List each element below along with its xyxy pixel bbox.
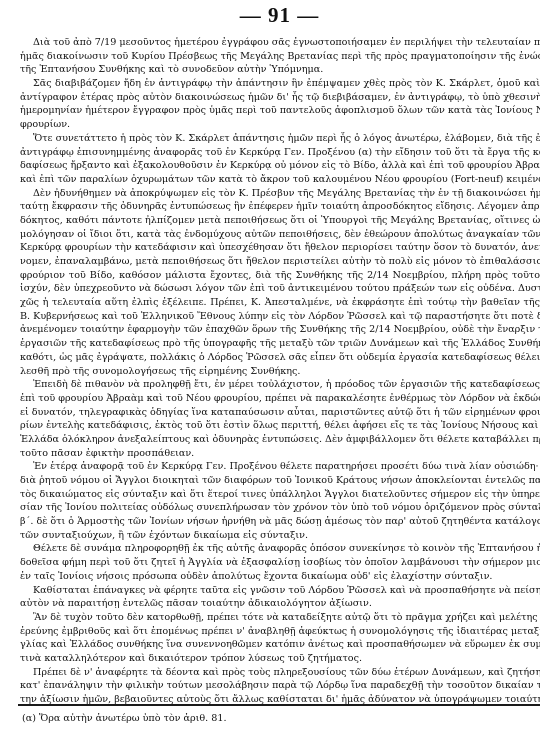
text-line: δοθεῖσα φήμη περὶ τοῦ ὅτι ζητεῖ ἡ Ἀγγλία… (20, 556, 540, 570)
text-line: κατ' ἐπανάληψιν τὴν φιλικὴν τούτων μεσολ… (20, 679, 540, 693)
paragraph: Ἐν ἑτέρᾳ ἀναφορᾷ τοῦ ἐν Κερκύρᾳ Γεν. Προ… (20, 460, 540, 542)
text-line: ἡμερομηνίαν ἡμέτερον ἔγγραφον πρὸς ὑμᾶς … (20, 104, 540, 118)
text-line: τὸς δικαιώματος εἰς σύνταξιν καὶ ὅτι ἕτε… (20, 488, 540, 502)
page-number: — 91 — (0, 3, 559, 28)
text-line: ἐρεύνης ἐμβριθοῦς καὶ ὅτι ἑπομένως πρέπε… (20, 625, 540, 639)
text-line: τῶν συνταξιούχων, ἢ τῶν ἐχόντων δικαίωμα… (20, 529, 540, 543)
paragraph: Δὲν ἠδυνήθημεν νὰ ἀποκρύψωμεν εἰς τὸν Κ.… (20, 187, 540, 379)
text-line: Δὲν ἠδυνήθημεν νὰ ἀποκρύψωμεν εἰς τὸν Κ.… (20, 187, 540, 201)
text-line: ταύτῃ ἔκφρασιν τῆς ὀδυνηρᾶς ἐντυπώσεως ἣ… (20, 200, 540, 214)
text-line: τοῦτο πᾶσαν ἐφικτὴν προσπάθειαν. (20, 447, 540, 461)
text-line: ἐπὶ τοῦ φρουρίου Ἀβραὰμ καὶ τοῦ Νέου φρο… (20, 392, 540, 406)
text-line: λεσθῆ πρὸ τῆς συνομολογήσεως τῆς εἰρημέν… (20, 365, 540, 379)
paragraph: Σᾶς διαβιβάζομεν ἤδη ἐν ἀντιγράφῳ τὴν ἀπ… (20, 77, 540, 132)
footnote-divider (18, 704, 540, 706)
text-line: Κερκύρᾳ φρουρίων τὴν κατεδάφισιν καὶ ὑπε… (20, 241, 540, 255)
text-line: χῶς ἡ τελευταία αὕτη ἐλπὶς ἐξέλειπε. Πρέ… (20, 296, 540, 310)
text-line: ἀνεμένομεν τοιαύτην ἐφαρμογὴν τῶν ἐπαχθῶ… (20, 323, 540, 337)
paragraph: Ὅτε συνετάττετο ἡ πρὸς τὸν Κ. Σκάρλετ ἀπ… (20, 132, 540, 187)
text-line: Ἐν ἑτέρᾳ ἀναφορᾷ τοῦ ἐν Κερκύρᾳ Γεν. Προ… (20, 460, 540, 474)
text-line: Πρέπει δὲ ν' ἀναφέρητε τὰ δέοντα καὶ πρὸ… (20, 666, 540, 680)
text-line: αὐτὸν νὰ παραιτήσῃ ἐντελῶς πᾶσαν τοιαύτη… (20, 597, 540, 611)
paragraph: Πρέπει δὲ ν' ἀναφέρητε τὰ δέοντα καὶ πρὸ… (20, 666, 540, 707)
text-line: μολόγησαν οἱ ἴδιοι ὅτι, κατὰ τὰς ἐνδομύχ… (20, 228, 540, 242)
body-text: Διὰ τοῦ ἀπὸ 7/19 μεσοῦντος ἡμετέρου ἐγγρ… (20, 36, 540, 707)
text-line: καθότι, ὡς μᾶς ἐγράψατε, πολλάκις ὁ Λόρδ… (20, 351, 540, 365)
text-line: τῆς Ἑπτανήσου Συνθήκης καὶ τὸ συνοδεῦον … (20, 63, 540, 77)
text-line: Ἐπειδὴ δὲ πιθανὸν νὰ προληφθῇ ἔτι, ἐν μέ… (20, 378, 540, 392)
text-line: εἰ δυνατόν, τηλεγραφικὰς ὁδηγίας ἵνα κατ… (20, 406, 540, 420)
text-line: Ἂν δὲ τυχὸν τοῦτο δὲν κατορθωθῇ, πρέπει … (20, 611, 540, 625)
text-line: φρουρίων. (20, 118, 540, 132)
text-line: ρίων ἐντελὴς κατεδάφισις, ἐκτὸς τοῦ ὅτι … (20, 419, 540, 433)
text-line: δόκητος, καθότι πάντοτε ἠλπίζομεν μετὰ π… (20, 214, 540, 228)
text-line: ἐργασιῶν τῆς κατεδαφίσεως πρὸ τῆς ὑπογρα… (20, 337, 540, 351)
text-line: ἰσχύν, δὲν ὑπεχρεοῦντο νὰ δώσωσι λόγον τ… (20, 282, 540, 296)
text-line: ἐν ταῖς Ἰονίοις νήσοις πρόσωπα οὐδὲν ἀπο… (20, 570, 540, 584)
text-line: Θέλετε δὲ συνάμα πληροφορηθῇ ἐκ τῆς αὐτῆ… (20, 542, 540, 556)
text-line: Ἑλλάδα ὁλόκληρον ἀνεξαλείπτους καὶ ὀδυνη… (20, 433, 540, 447)
paragraph: Καθίσταται ἐπάναγκες νὰ φέρητε ταῦτα εἰς… (20, 584, 540, 611)
text-line: ἡμᾶς διακοίνωσιν τοῦ Κυρίου Πρέσβεως τῆς… (20, 50, 540, 64)
paragraph: Ἂν δὲ τυχὸν τοῦτο δὲν κατορθωθῇ, πρέπει … (20, 611, 540, 666)
text-line: ἀντίγραφον ἑτέρας πρὸς αὐτὸν διακοινώσεω… (20, 91, 540, 105)
text-line: διὰ ῥητοῦ νόμου οἱ Ἄγγλοι διοικηταὶ τῶν … (20, 474, 540, 488)
text-line: β΄. δὲ ὅτι ὁ Ἁρμοστὴς τῶν Ἰονίων νήσων ἠ… (20, 515, 540, 529)
text-line: Σᾶς διαβιβάζομεν ἤδη ἐν ἀντιγράφῳ τὴν ἀπ… (20, 77, 540, 91)
text-line: Β. Κυβερνήσεως καὶ τοῦ Ἑλληνικοῦ Ἔθνους … (20, 310, 540, 324)
paragraph: Θέλετε δὲ συνάμα πληροφορηθῇ ἐκ τῆς αὐτῆ… (20, 542, 540, 583)
text-line: γλίας καὶ Ἑλλάδος συνθήκης ἵνα συνεννοηθ… (20, 638, 540, 652)
text-line: καὶ ἐπὶ τῶν παραλίων ὀχυρωμάτων τῶν κατὰ… (20, 173, 540, 187)
paragraph: Διὰ τοῦ ἀπὸ 7/19 μεσοῦντος ἡμετέρου ἐγγρ… (20, 36, 540, 77)
paragraph: Ἐπειδὴ δὲ πιθανὸν νὰ προληφθῇ ἔτι, ἐν μέ… (20, 378, 540, 460)
text-line: δαφίσεως ἤρξαντο καὶ ἐξακολουθοῦσιν ἐν Κ… (20, 159, 540, 173)
footnote: (α) Ὅρα αὐτὴν ἀνωτέρω ὑπὸ τὸν ἀριθ. 81. (22, 712, 227, 725)
text-line: φρούριον τοῦ Βίδο, καθόσον μάλιστα ἔχοντ… (20, 269, 540, 283)
text-line: Ὅτε συνετάττετο ἡ πρὸς τὸν Κ. Σκάρλετ ἀπ… (20, 132, 540, 146)
text-line: τινὰ καταλληλότερον καὶ δικαιότερον τρόπ… (20, 652, 540, 666)
text-line: σίαν τῆς Ἰονίου πολιτείας οὐδόλως συνεπλ… (20, 501, 540, 515)
text-line: ἀντιγράφῳ ἐπισυνημμένης ἀναφορᾶς τοῦ ἐν … (20, 146, 540, 160)
text-line: Διὰ τοῦ ἀπὸ 7/19 μεσοῦντος ἡμετέρου ἐγγρ… (20, 36, 540, 50)
text-line: νομεν, ἐπαναλαμβάνω, μετὰ πεποιθήσεως ὅτ… (20, 255, 540, 269)
text-line: Καθίσταται ἐπάναγκες νὰ φέρητε ταῦτα εἰς… (20, 584, 540, 598)
